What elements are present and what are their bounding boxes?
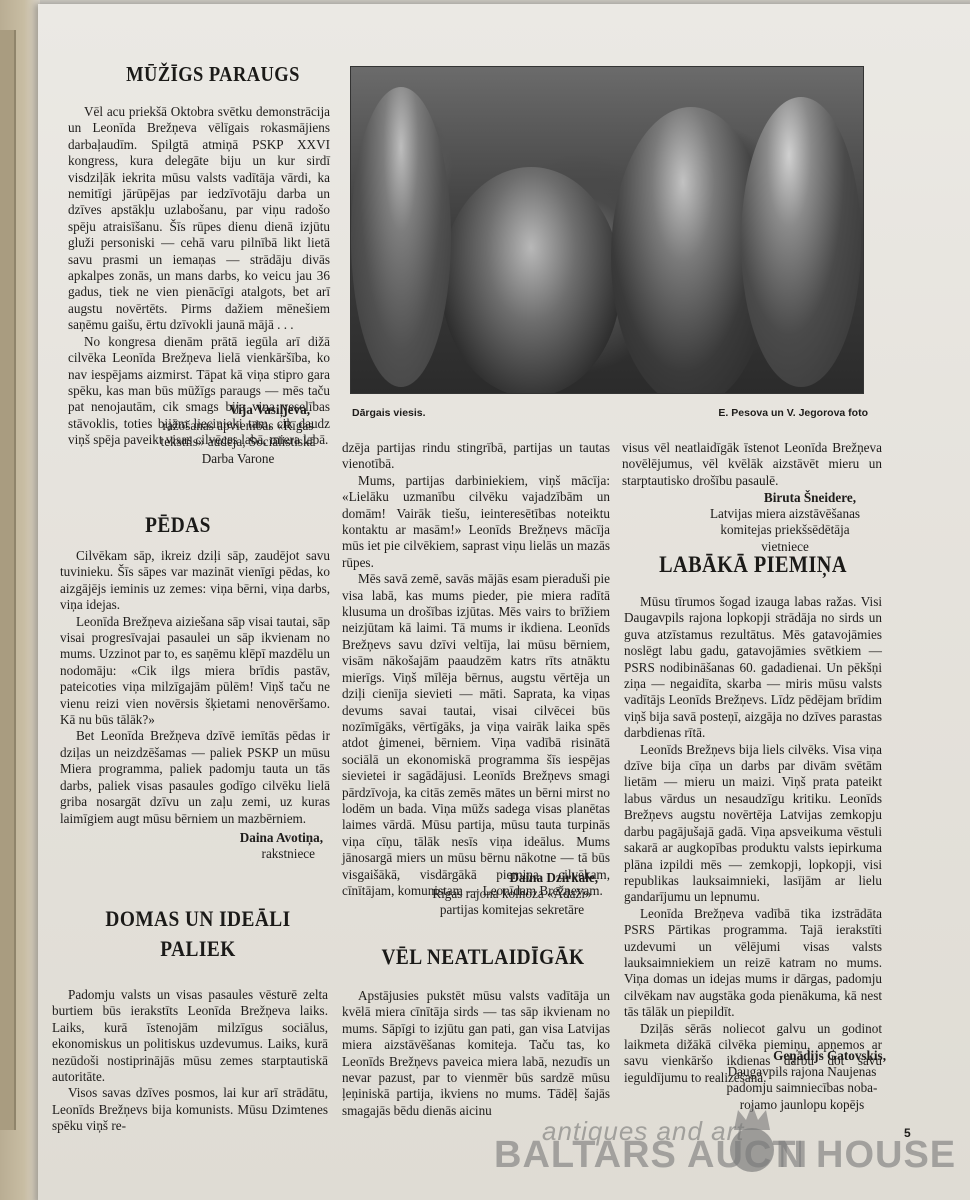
author-role: ražošanas apvienības «Rīgas bbox=[148, 418, 328, 434]
article-vel-neatlaidigak-col2: Apstājusies pukstēt mūsu valsts vadītāja… bbox=[342, 988, 610, 1119]
author-role: partijas komitejas sekretāre bbox=[416, 902, 608, 918]
article-domas-col1: Padomju valsts un visas pasaules vēsturē… bbox=[52, 987, 328, 1135]
headline-line: PALIEK bbox=[75, 934, 321, 964]
paragraph: Padomju valsts un visas pasaules vēsturē… bbox=[52, 987, 328, 1085]
watermark-logo-icon bbox=[730, 1128, 774, 1172]
author-name: Vija Vasiļjeva, bbox=[148, 402, 328, 418]
author-role: tekstils» audēja, Sociālistiskā bbox=[148, 434, 328, 450]
article-vel-neatlaidigak-col3: visus vēl neatlaidīgāk īstenot Leonīda B… bbox=[622, 440, 882, 489]
headline-muzigs-paraugs: MŪŽĪGS PARAUGS bbox=[94, 62, 332, 87]
signature-avotina: Daina Avotiņa, rakstniece bbox=[158, 830, 323, 862]
paragraph: Mūsu tīrumos šogad izauga labas ražas. V… bbox=[624, 594, 882, 742]
article-domas-col2: dzēja partijas rindu stingrībā, partijas… bbox=[342, 440, 610, 899]
paragraph: dzēja partijas rindu stingrībā, partijas… bbox=[342, 440, 610, 473]
author-role: rakstniece bbox=[158, 846, 323, 862]
photo-credit: E. Pesova un V. Jegorova foto bbox=[668, 407, 868, 419]
headline-line: DOMAS UN IDEĀLI bbox=[75, 904, 321, 934]
author-name: Geņādijs Gatovskis, bbox=[718, 1048, 886, 1064]
article-muzigs-paraugs-body: Vēl acu priekšā Oktobra svētku demonstrā… bbox=[68, 104, 330, 449]
signature-sneidere: Biruta Šneidere, Latvijas miera aizstāvē… bbox=[700, 490, 870, 555]
photo-figure-left bbox=[351, 87, 451, 387]
author-role: Rīgas rajona kolhoza «Ādaži» bbox=[416, 886, 608, 902]
author-name: Daina Dzirkale, bbox=[416, 870, 608, 886]
headline-vel-neatlaidigak: VĒL NEATLAIDĪGĀK bbox=[364, 944, 602, 970]
photo-figure-right bbox=[741, 97, 861, 387]
paragraph: Cilvēkam sāp, ikreiz dziļi sāp, zaudējot… bbox=[60, 548, 330, 614]
signature-vasiljeva: Vija Vasiļjeva, ražošanas apvienības «Rī… bbox=[148, 402, 328, 467]
photo-figure-woman bbox=[441, 167, 621, 394]
paragraph: Vēl acu priekšā Oktobra svētku demonstrā… bbox=[68, 104, 330, 334]
author-role: padomju saimniecības noba- bbox=[718, 1080, 886, 1096]
article-pedas-body: Cilvēkam sāp, ikreiz dziļi sāp, zaudējot… bbox=[60, 548, 330, 827]
paragraph: Leonīds Brežņevs bija liels cilvēks. Vis… bbox=[624, 742, 882, 906]
headline-labaka-piemina: LABĀKĀ PIEMIŅA bbox=[643, 552, 863, 578]
paragraph: visus vēl neatlaidīgāk īstenot Leonīda B… bbox=[622, 440, 882, 489]
author-name: Biruta Šneidere, bbox=[700, 490, 870, 506]
paragraph: Mēs savā zemē, savās mājās esam pieraduš… bbox=[342, 571, 610, 899]
photo-caption: Dārgais viesis. bbox=[352, 407, 426, 419]
news-photo bbox=[350, 66, 864, 394]
headline-domas-un-ideali-paliek: DOMAS UN IDEĀLI PALIEK bbox=[75, 904, 321, 964]
author-role: Daugavpils rajona Naujenas bbox=[718, 1064, 886, 1080]
author-name: Daina Avotiņa, bbox=[158, 830, 323, 846]
signature-dzirkale: Daina Dzirkale, Rīgas rajona kolhoza «Ād… bbox=[416, 870, 608, 919]
paragraph: Bet Leonīda Brežņeva dzīvē iemītās pēdas… bbox=[60, 728, 330, 826]
watermark-brand-right: N HOUSE bbox=[776, 1134, 956, 1177]
background-page-edge bbox=[0, 30, 16, 1130]
paragraph: Apstājusies pukstēt mūsu valsts vadītāja… bbox=[342, 988, 610, 1119]
paragraph: Leonīda Brežņeva vadībā tika izstrādāta … bbox=[624, 906, 882, 1021]
paragraph: Leonīda Brežņeva aiziešana sāp visai tau… bbox=[60, 614, 330, 729]
paragraph: Visos savas dzīves posmos, lai kur arī s… bbox=[52, 1085, 328, 1134]
crown-icon bbox=[732, 1102, 772, 1132]
paragraph: Mums, partijas darbiniekiem, viņš mācīja… bbox=[342, 473, 610, 571]
headline-pedas: PĒDAS bbox=[90, 512, 266, 538]
magazine-page: MŪŽĪGS PARAUGS Vēl acu priekšā Oktobra s… bbox=[38, 4, 970, 1200]
article-labaka-piemina-body: Mūsu tīrumos šogad izauga labas ražas. V… bbox=[624, 594, 882, 1086]
author-role: Darba Varone bbox=[148, 451, 328, 467]
author-role: Latvijas miera aizstāvēšanas komitejas p… bbox=[700, 506, 870, 538]
